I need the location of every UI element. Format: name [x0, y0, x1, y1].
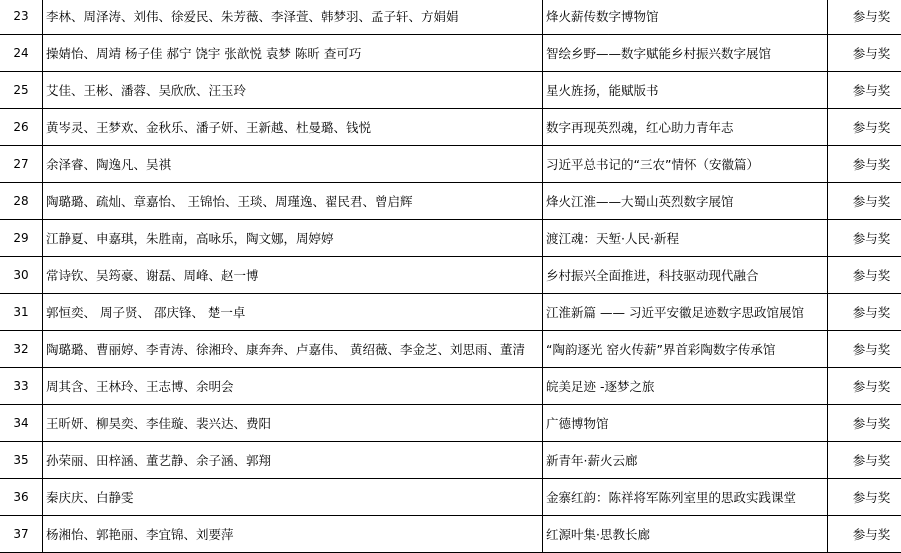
project-title: 烽火薪传数字博物馆 [543, 0, 828, 34]
row-number: 33 [0, 368, 43, 404]
team-members: 黄岑灵、王梦欢、金秋乐、潘子妍、王新越、杜曼璐、钱悦 [43, 109, 543, 145]
award-level: 参与奖 [828, 0, 901, 34]
award-level: 参与奖 [828, 183, 901, 219]
team-members: 艾佳、王彬、潘蓉、吴欣欣、汪玉玲 [43, 72, 543, 108]
row-number: 36 [0, 479, 43, 515]
project-title: 江淮新篇 —— 习近平安徽足迹数字思政馆展馆 [543, 294, 828, 330]
award-level: 参与奖 [828, 294, 901, 330]
award-level: 参与奖 [828, 146, 901, 182]
row-number: 28 [0, 183, 43, 219]
team-members: 王昕妍、柳昊奕、李佳璇、裴兴达、费阳 [43, 405, 543, 441]
team-members: 秦庆庆、白静雯 [43, 479, 543, 515]
project-title: 习近平总书记的“三农”情怀（安徽篇） [543, 146, 828, 182]
team-members: 孙荣丽、田梓涵、董艺静、余子涵、郭翔 [43, 442, 543, 478]
table-row: 31 郭恒奕、 周子贤、 邵庆锋、 楚一卓 江淮新篇 —— 习近平安徽足迹数字思… [0, 294, 901, 331]
project-title: 广德博物馆 [543, 405, 828, 441]
award-level: 参与奖 [828, 109, 901, 145]
team-members: 杨湘怡、郭艳丽、李宜锦、刘要萍 [43, 516, 543, 552]
row-number: 30 [0, 257, 43, 293]
team-members: 常诗钦、吴筠豪、谢磊、周峰、赵一博 [43, 257, 543, 293]
award-level: 参与奖 [828, 257, 901, 293]
team-members: 周其含、王林玲、王志博、余明会 [43, 368, 543, 404]
row-number: 34 [0, 405, 43, 441]
team-members: 郭恒奕、 周子贤、 邵庆锋、 楚一卓 [43, 294, 543, 330]
table-row: 27 余泽睿、陶逸凡、吴祺 习近平总书记的“三农”情怀（安徽篇） 参与奖 [0, 146, 901, 183]
award-level: 参与奖 [828, 72, 901, 108]
table-row: 32 陶璐璐、曹丽婷、李青涛、徐湘玲、康奔奔、卢嘉伟、 黄绍薇、李金芝、刘思雨、… [0, 331, 901, 368]
team-members: 余泽睿、陶逸凡、吴祺 [43, 146, 543, 182]
table-row: 23 李林、周泽涛、刘伟、徐爱民、朱芳薇、李泽萱、韩梦羽、孟子轩、方娟娟 烽火薪… [0, 0, 901, 35]
table-row: 36 秦庆庆、白静雯 金寨红韵：陈祥将军陈列室里的思政实践课堂 参与奖 [0, 479, 901, 516]
row-number: 32 [0, 331, 43, 367]
row-number: 27 [0, 146, 43, 182]
project-title: “陶韵逐光 窑火传薪”界首彩陶数字传承馆 [543, 331, 828, 367]
project-title: 乡村振兴全面推进，科技驱动现代融合 [543, 257, 828, 293]
row-number: 35 [0, 442, 43, 478]
table-row: 35 孙荣丽、田梓涵、董艺静、余子涵、郭翔 新青年·薪火云廊 参与奖 [0, 442, 901, 479]
table-row: 24 操婧怡、周靖 杨子佳 郝宁 饶宇 张歆悦 袁梦 陈昕 查可巧 智绘乡野——… [0, 35, 901, 72]
table-row: 29 江静夏、申嘉琪，朱胜南，高咏乐，陶文娜，周婷婷 渡江魂：天堑·人民·新程 … [0, 220, 901, 257]
row-number: 31 [0, 294, 43, 330]
award-level: 参与奖 [828, 220, 901, 256]
table-row: 28 陶璐璐、疏灿、章嘉怡、 王锦怡、王琰、周瑾逸、翟民君、曾启辉 烽火江淮——… [0, 183, 901, 220]
award-level: 参与奖 [828, 35, 901, 71]
table-row: 25 艾佳、王彬、潘蓉、吴欣欣、汪玉玲 星火旌扬，能赋版书 参与奖 [0, 72, 901, 109]
row-number: 37 [0, 516, 43, 552]
award-level: 参与奖 [828, 331, 901, 367]
project-title: 皖美足迹 -逐梦之旅 [543, 368, 828, 404]
row-number: 29 [0, 220, 43, 256]
project-title: 数字再现英烈魂，红心助力青年志 [543, 109, 828, 145]
team-members: 李林、周泽涛、刘伟、徐爱民、朱芳薇、李泽萱、韩梦羽、孟子轩、方娟娟 [43, 0, 543, 34]
project-title: 智绘乡野——数字赋能乡村振兴数字展馆 [543, 35, 828, 71]
row-number: 23 [0, 0, 43, 34]
team-members: 江静夏、申嘉琪，朱胜南，高咏乐，陶文娜，周婷婷 [43, 220, 543, 256]
row-number: 26 [0, 109, 43, 145]
award-level: 参与奖 [828, 368, 901, 404]
team-members: 陶璐璐、曹丽婷、李青涛、徐湘玲、康奔奔、卢嘉伟、 黄绍薇、李金芝、刘思雨、董清 [43, 331, 543, 367]
project-title: 金寨红韵：陈祥将军陈列室里的思政实践课堂 [543, 479, 828, 515]
row-number: 24 [0, 35, 43, 71]
row-number: 25 [0, 72, 43, 108]
award-level: 参与奖 [828, 405, 901, 441]
awards-table: 23 李林、周泽涛、刘伟、徐爱民、朱芳薇、李泽萱、韩梦羽、孟子轩、方娟娟 烽火薪… [0, 0, 901, 553]
project-title: 渡江魂：天堑·人民·新程 [543, 220, 828, 256]
award-level: 参与奖 [828, 442, 901, 478]
table-row: 30 常诗钦、吴筠豪、谢磊、周峰、赵一博 乡村振兴全面推进，科技驱动现代融合 参… [0, 257, 901, 294]
table-row: 34 王昕妍、柳昊奕、李佳璇、裴兴达、费阳 广德博物馆 参与奖 [0, 405, 901, 442]
project-title: 星火旌扬，能赋版书 [543, 72, 828, 108]
table-row: 37 杨湘怡、郭艳丽、李宜锦、刘要萍 红源叶集·思教长廊 参与奖 [0, 516, 901, 553]
team-members: 陶璐璐、疏灿、章嘉怡、 王锦怡、王琰、周瑾逸、翟民君、曾启辉 [43, 183, 543, 219]
table-row: 26 黄岑灵、王梦欢、金秋乐、潘子妍、王新越、杜曼璐、钱悦 数字再现英烈魂，红心… [0, 109, 901, 146]
award-level: 参与奖 [828, 516, 901, 552]
project-title: 烽火江淮——大蜀山英烈数字展馆 [543, 183, 828, 219]
table-row: 33 周其含、王林玲、王志博、余明会 皖美足迹 -逐梦之旅 参与奖 [0, 368, 901, 405]
project-title: 新青年·薪火云廊 [543, 442, 828, 478]
project-title: 红源叶集·思教长廊 [543, 516, 828, 552]
team-members: 操婧怡、周靖 杨子佳 郝宁 饶宇 张歆悦 袁梦 陈昕 查可巧 [43, 35, 543, 71]
award-level: 参与奖 [828, 479, 901, 515]
